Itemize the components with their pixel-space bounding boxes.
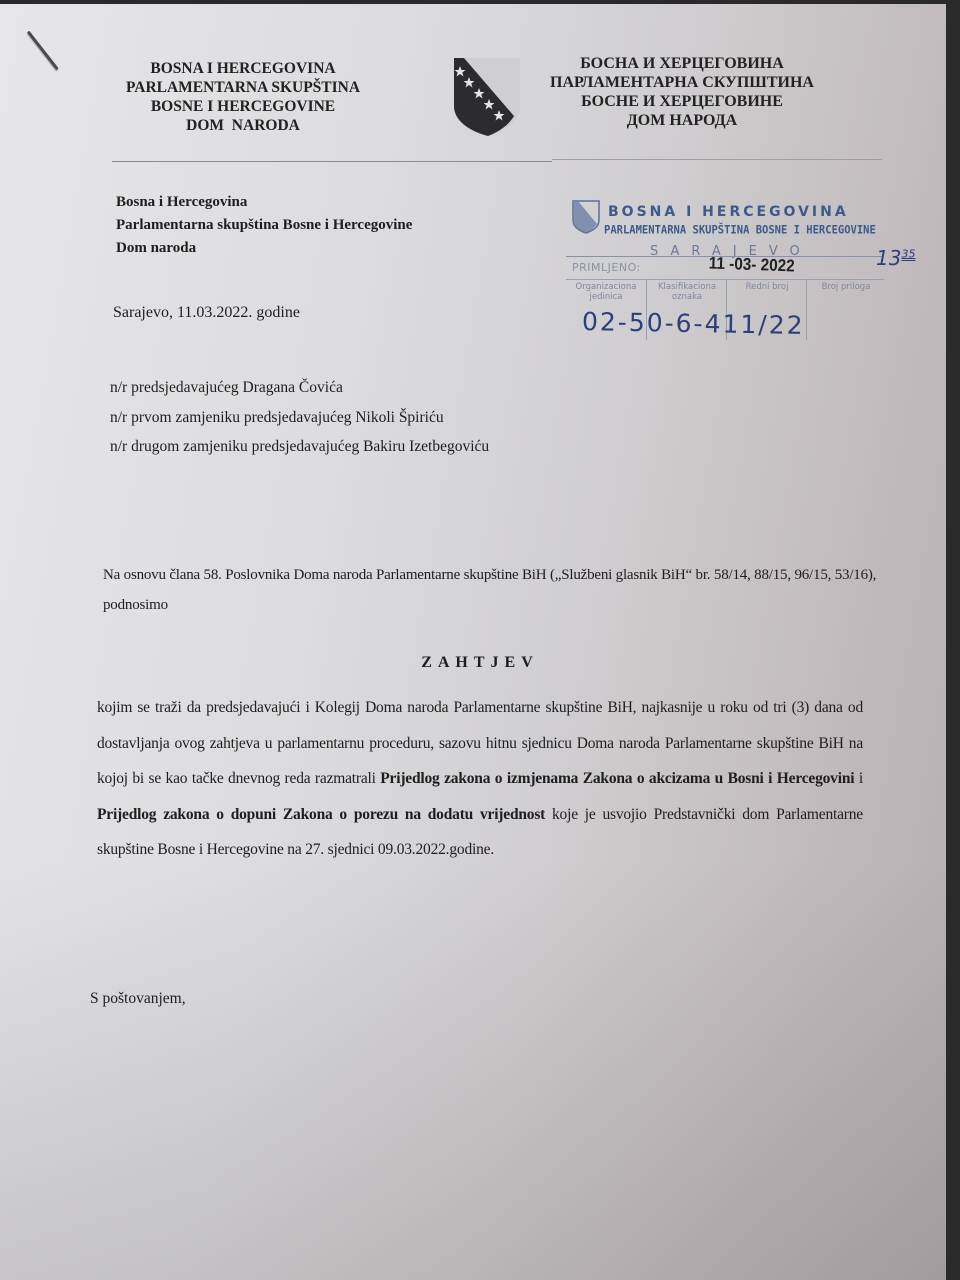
stamp-time: 1335 (876, 246, 915, 270)
stamp-received-date: 11 -03- 2022 (708, 254, 795, 277)
stamp-institution: PARLAMENTARNA SKUPŠTINA BOSNE I HERCEGOV… (604, 223, 876, 236)
body-bold-law-1: Prijedlog zakona o izmjenama Zakona o ak… (380, 770, 854, 787)
sender-line: Bosna i Hercegovina (116, 191, 412, 214)
header-latin-line: BOSNA I HERCEGOVINA (118, 59, 368, 78)
request-paragraph: kojim se traži da predsjedavajući i Kole… (97, 690, 863, 868)
document-page: BOSNA I HERCEGOVINA PARLAMENTARNA SKUPŠT… (0, 4, 946, 1280)
stamp-column: Broj priloga (806, 280, 885, 340)
sender-line: Dom naroda (116, 237, 412, 260)
header-cyrillic: БОСНА И ХЕРЦЕГОВИНА ПАРЛАМЕНТАРНА СКУПШТ… (532, 54, 832, 130)
stamp-registry-number: 02-50-6-411/22 (582, 307, 805, 340)
header-cyrillic-line: БОСНЕ И ХЕРЦЕГОВИНЕ (532, 92, 832, 111)
header-cyrillic-line: БОСНА И ХЕРЦЕГОВИНА (532, 54, 832, 73)
sender-block: Bosna i Hercegovina Parlamentarna skupšt… (116, 191, 412, 260)
header-latin-line: PARLAMENTARNA SKUPŠTINA (118, 78, 368, 97)
stamp-table: PRIMLJENO: 11 -03- 2022 Organizaciona je… (566, 256, 884, 343)
bih-coat-of-arms-icon (452, 56, 522, 138)
body-text: i (854, 770, 863, 787)
header-latin-line: DOM NARODA (118, 116, 368, 135)
body-bold-law-2: Prijedlog zakona o dopuni Zakona o porez… (97, 806, 545, 823)
header-divider (552, 159, 882, 160)
recipient: n/r predsjedavajućeg Dragana Čovića (110, 373, 489, 403)
document-title: ZAHTJEV (0, 654, 946, 672)
sender-line: Parlamentarna skupština Bosne i Hercegov… (116, 214, 412, 237)
header-latin-line: BOSNE I HERCEGOVINE (118, 97, 368, 116)
stamp-title: BOSNA I HERCEGOVINA (608, 204, 849, 220)
page-shadow (0, 860, 946, 1280)
header-cyrillic-line: ДОМ НАРОДА (532, 111, 832, 130)
intro-paragraph: Na osnovu člana 58. Poslovnika Doma naro… (103, 560, 883, 620)
stamp-time-hour: 13 (876, 246, 901, 270)
recipient: n/r prvom zamjeniku predsjedavajućeg Nik… (110, 403, 489, 433)
recipients-list: n/r predsjedavajućeg Dragana Čovića n/r … (110, 373, 489, 462)
stamp-time-minutes: 35 (901, 247, 915, 260)
recipient: n/r drugom zamjeniku predsjedavajućeg Ba… (110, 432, 489, 462)
header-cyrillic-line: ПАРЛАМЕНТАРНА СКУПШТИНА (532, 73, 832, 92)
staple-icon (27, 31, 59, 71)
header-divider (112, 161, 552, 162)
header-latin: BOSNA I HERCEGOVINA PARLAMENTARNA SKUPŠT… (118, 59, 368, 135)
place-date: Sarajevo, 11.03.2022. godine (113, 304, 300, 322)
closing-salutation: S poštovanjem, (90, 990, 186, 1008)
stamp-emblem-icon (572, 200, 600, 234)
stamp-received-label: PRIMLJENO: (572, 261, 641, 274)
received-stamp: BOSNA I HERCEGOVINA PARLAMENTARNA SKUPŠT… (560, 196, 900, 346)
